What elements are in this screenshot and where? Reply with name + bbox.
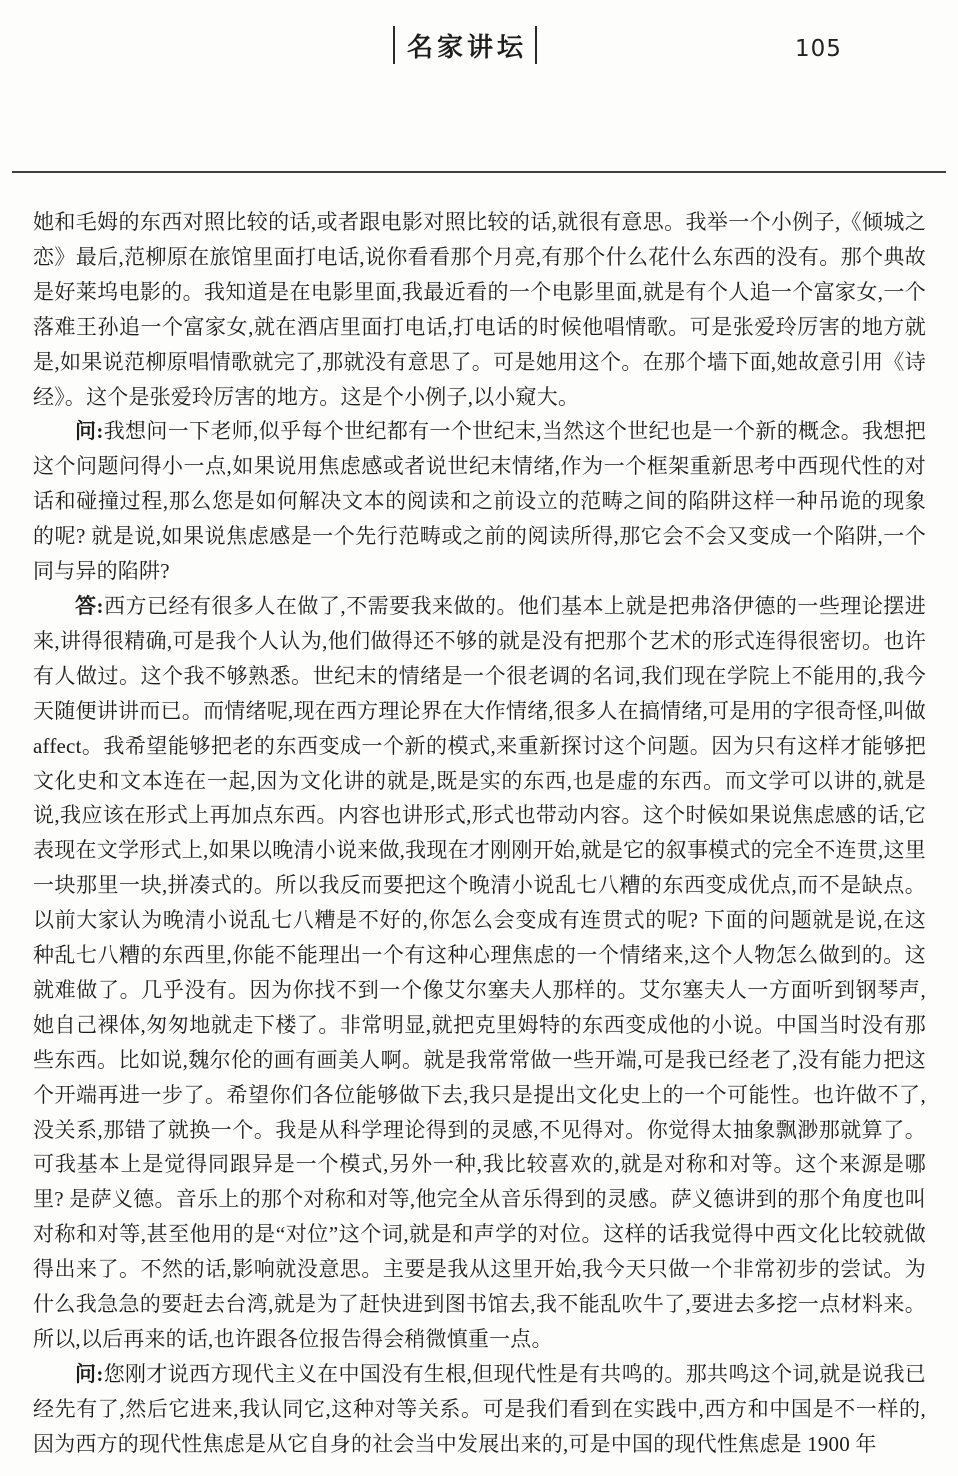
speaker-label-answer: 答:: [75, 594, 104, 618]
paragraph-continued: 她和毛姆的东西对照比较的话,或者跟电影对照比较的话,就很有意思。我举一个小例子,…: [33, 205, 926, 414]
speaker-label-question: 问:: [75, 419, 104, 443]
paragraph-text: 我想问一下老师,似乎每个世纪都有一个世纪末,当然这个世纪也是一个新的概念。我想把…: [33, 419, 926, 583]
speaker-label-question: 问:: [75, 1362, 104, 1386]
journal-page: 名家讲坛 105 她和毛姆的东西对照比较的话,或者跟电影对照比较的话,就很有意思…: [0, 0, 958, 1476]
page-number: 105: [795, 36, 842, 62]
paragraph-answer-1: 答:西方已经有很多人在做了,不需要我来做的。他们基本上就是把弗洛伊德的一些理论摆…: [33, 589, 926, 1357]
paragraph-text: 西方已经有很多人在做了,不需要我来做的。他们基本上就是把弗洛伊德的一些理论摆进来…: [33, 594, 926, 1351]
article-body: 她和毛姆的东西对照比较的话,或者跟电影对照比较的话,就很有意思。我举一个小例子,…: [33, 205, 926, 1462]
title-right-bar: [535, 26, 537, 64]
header-divider: [12, 171, 946, 173]
paragraph-question-1: 问:我想问一下老师,似乎每个世纪都有一个世纪末,当然这个世纪也是一个新的概念。我…: [33, 414, 926, 589]
paragraph-text: 您刚才说西方现代主义在中国没有生根,但现代性是有共鸣的。那共鸣这个词,就是说我已…: [33, 1362, 926, 1456]
running-head: 名家讲坛: [393, 26, 537, 64]
paragraph-question-2: 问:您刚才说西方现代主义在中国没有生根,但现代性是有共鸣的。那共鸣这个词,就是说…: [33, 1357, 926, 1462]
paragraph-text: 她和毛姆的东西对照比较的话,或者跟电影对照比较的话,就很有意思。我举一个小例子,…: [33, 210, 926, 409]
column-title: 名家讲坛: [395, 27, 535, 64]
